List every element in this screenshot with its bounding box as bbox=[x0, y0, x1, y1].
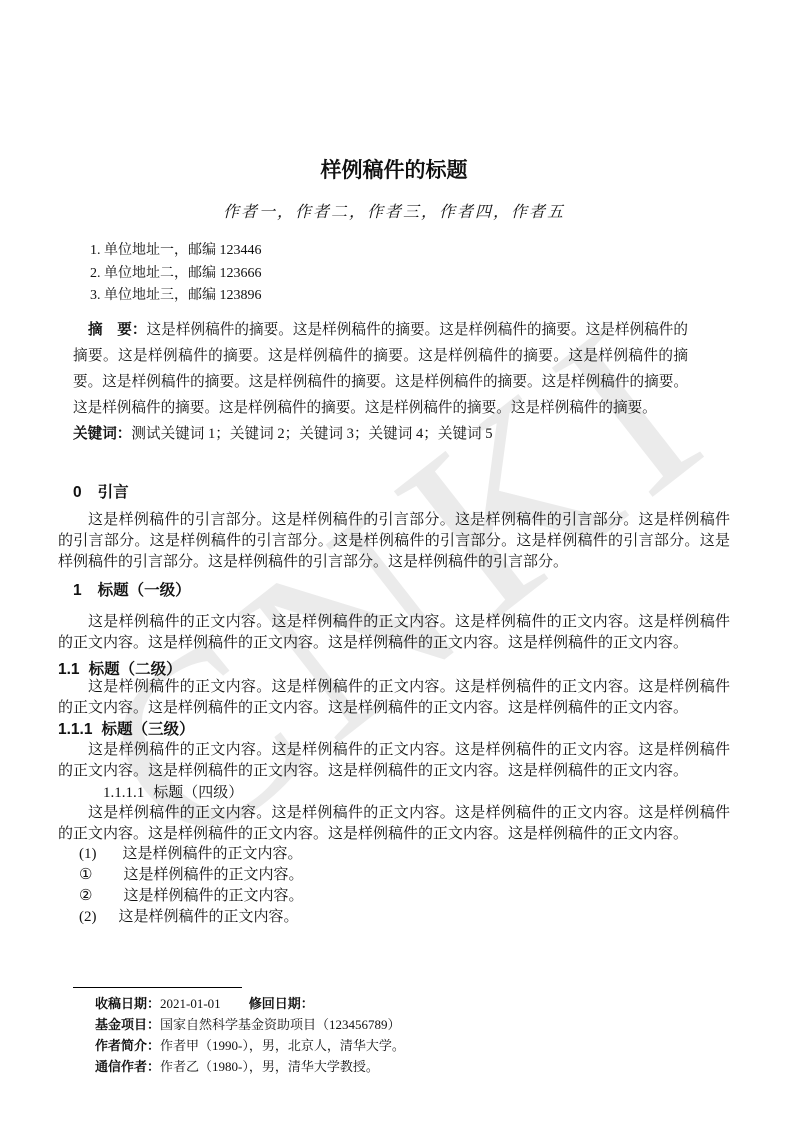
keywords-text: 测试关键词 1；关键词 2；关键词 3；关键词 4；关键词 5 bbox=[131, 426, 492, 442]
abstract-block: 摘 要：这是样例稿件的摘要。这是样例稿件的摘要。这是样例稿件的摘要。这是样例稿件… bbox=[73, 317, 688, 447]
affiliation-item: 1. 单位地址一，邮编 123446 bbox=[90, 240, 690, 263]
introduction-paragraph: 这是样例稿件的引言部分。这是样例稿件的引言部分。这是样例稿件的引言部分。这是样例… bbox=[58, 510, 730, 573]
list-marker: (2) bbox=[79, 909, 97, 925]
document-page: CNKI 样例稿件的标题 作者一，作者二，作者三，作者四，作者五 1. 单位地址… bbox=[0, 0, 794, 1123]
section-number: 1.1.1 bbox=[58, 721, 92, 738]
section-heading-level4: 1.1.1.1标题（四级） bbox=[58, 783, 730, 804]
section-number: 0 bbox=[73, 484, 82, 501]
revised-date-label: 修回日期： bbox=[249, 996, 314, 1011]
authors-line: 作者一，作者二，作者三，作者四，作者五 bbox=[58, 201, 730, 225]
list-marker: ① bbox=[79, 867, 92, 883]
footnote-corresponding-row: 通信作者：作者乙（1980-），男，清华大学教授。 bbox=[95, 1056, 715, 1077]
section-heading-introduction: 0引言 bbox=[58, 482, 730, 503]
list-item: (1)这是样例稿件的正文内容。 bbox=[58, 844, 730, 865]
author-bio-value: 作者甲（1990-），男，北京人，清华大学。 bbox=[160, 1038, 405, 1053]
section-number: 1 bbox=[73, 582, 82, 599]
received-date-value: 2021-01-01 bbox=[160, 996, 221, 1011]
body-paragraph: 这是样例稿件的正文内容。这是样例稿件的正文内容。这是样例稿件的正文内容。这是样例… bbox=[58, 740, 730, 782]
list-text: 这是样例稿件的正文内容。 bbox=[119, 909, 299, 925]
footnote-divider bbox=[73, 987, 242, 988]
section-title: 标题（四级） bbox=[153, 785, 243, 801]
list-text: 这是样例稿件的正文内容。 bbox=[123, 867, 303, 883]
footnote-bio-row: 作者简介：作者甲（1990-），男，北京人，清华大学。 bbox=[95, 1035, 715, 1056]
author-bio-label: 作者简介： bbox=[95, 1038, 160, 1053]
affiliation-item: 3. 单位地址三，邮编 123896 bbox=[90, 285, 690, 308]
numbered-list: (1)这是样例稿件的正文内容。 ①这是样例稿件的正文内容。 ②这是样例稿件的正文… bbox=[58, 844, 730, 928]
received-date-label: 收稿日期： bbox=[95, 996, 160, 1011]
list-item: ②这是样例稿件的正文内容。 bbox=[58, 886, 730, 907]
section-title: 标题（一级） bbox=[98, 582, 191, 599]
list-text: 这是样例稿件的正文内容。 bbox=[123, 888, 303, 904]
section-number: 1.1.1.1 bbox=[103, 785, 144, 801]
list-marker: ② bbox=[79, 888, 92, 904]
body-paragraph: 这是样例稿件的正文内容。这是样例稿件的正文内容。这是样例稿件的正文内容。这是样例… bbox=[58, 803, 730, 845]
section-heading-level1: 1标题（一级） bbox=[58, 580, 730, 601]
list-item: ①这是样例稿件的正文内容。 bbox=[58, 865, 730, 886]
section-title: 标题（三级） bbox=[101, 721, 194, 738]
list-item: (2)这是样例稿件的正文内容。 bbox=[58, 907, 730, 928]
footnote-block: 收稿日期：2021-01-01修回日期： 基金项目：国家自然科学基金资助项目（1… bbox=[95, 993, 715, 1077]
body-paragraph: 这是样例稿件的正文内容。这是样例稿件的正文内容。这是样例稿件的正文内容。这是样例… bbox=[58, 612, 730, 654]
section-heading-level3: 1.1.1标题（三级） bbox=[58, 719, 730, 740]
list-text: 这是样例稿件的正文内容。 bbox=[123, 846, 303, 862]
fund-value: 国家自然科学基金资助项目（123456789） bbox=[160, 1017, 401, 1032]
footnote-dates-row: 收稿日期：2021-01-01修回日期： bbox=[95, 993, 715, 1014]
footnote-fund-row: 基金项目：国家自然科学基金资助项目（123456789） bbox=[95, 1014, 715, 1035]
section-number: 1.1 bbox=[58, 661, 80, 678]
corresponding-author-value: 作者乙（1980-），男，清华大学教授。 bbox=[160, 1059, 379, 1074]
section-title: 引言 bbox=[98, 484, 129, 501]
keywords-paragraph: 关键词：测试关键词 1；关键词 2；关键词 3；关键词 4；关键词 5 bbox=[73, 421, 688, 447]
affiliation-list: 1. 单位地址一，邮编 123446 2. 单位地址二，邮编 123666 3.… bbox=[90, 240, 690, 308]
abstract-text: 这是样例稿件的摘要。这是样例稿件的摘要。这是样例稿件的摘要。这是样例稿件的摘要。… bbox=[73, 322, 688, 416]
abstract-label: 摘 要： bbox=[88, 322, 147, 338]
keywords-label: 关键词： bbox=[73, 426, 131, 442]
abstract-paragraph: 摘 要：这是样例稿件的摘要。这是样例稿件的摘要。这是样例稿件的摘要。这是样例稿件… bbox=[73, 317, 688, 421]
paper-title: 样例稿件的标题 bbox=[58, 156, 730, 186]
list-marker: (1) bbox=[79, 846, 97, 862]
section-title: 标题（二级） bbox=[89, 661, 182, 678]
affiliation-item: 2. 单位地址二，邮编 123666 bbox=[90, 263, 690, 286]
body-paragraph: 这是样例稿件的正文内容。这是样例稿件的正文内容。这是样例稿件的正文内容。这是样例… bbox=[58, 677, 730, 719]
fund-label: 基金项目： bbox=[95, 1017, 160, 1032]
corresponding-author-label: 通信作者： bbox=[95, 1059, 160, 1074]
